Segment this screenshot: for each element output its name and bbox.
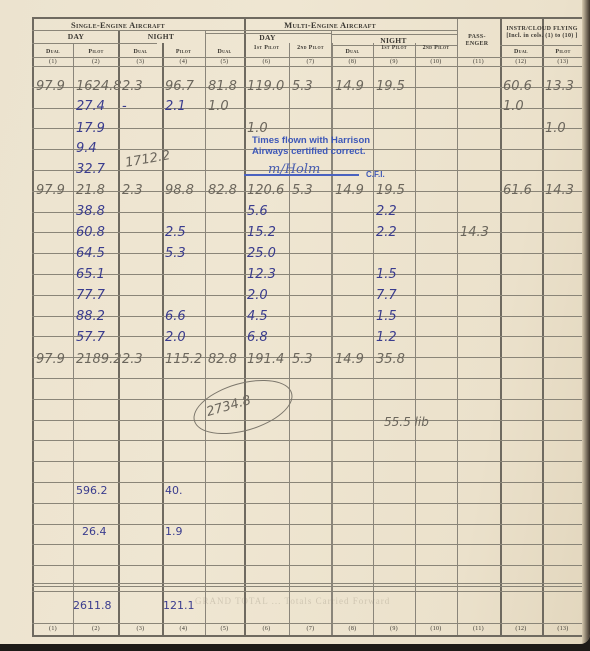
log-entry-cell: 1.5 (376, 268, 397, 281)
footer-column-number: (9) (373, 626, 415, 632)
column-label: 1st Pilot (373, 45, 415, 51)
log-entry-cell: 1.0 (247, 122, 268, 135)
log-entry-cell: 2.2 (376, 205, 397, 218)
entry-596: 596.2 (76, 485, 108, 496)
row-line (32, 253, 585, 254)
column-label: Pilot (162, 49, 205, 55)
row-line (32, 565, 585, 566)
log-entry-cell: 4.5 (247, 310, 268, 323)
entry-26: 26.4 (82, 526, 107, 537)
row-line (32, 586, 585, 587)
log-entry-cell: 2.3 (122, 353, 143, 366)
border-top (32, 17, 585, 19)
log-entry-cell: 2.0 (165, 331, 186, 344)
column-number: (11) (457, 59, 500, 65)
footer-column-number: (5) (205, 626, 244, 632)
stamp-line-2: Airways certified correct. (252, 147, 370, 158)
header-me-day: DAY (205, 34, 330, 42)
se-day-night-divider (118, 30, 120, 636)
log-entry-cell: 60.6 (503, 80, 532, 93)
log-entry-cell: 120.6 (247, 184, 284, 197)
log-entry-cell: 1.5 (376, 310, 397, 323)
log-entry-cell: 38.8 (76, 205, 105, 218)
row-line (32, 128, 585, 129)
log-entry-cell: 191.4 (247, 353, 284, 366)
log-entry-cell: 17.9 (76, 122, 105, 135)
log-entry-cell: 5.6 (247, 205, 268, 218)
header-instr-cloud: INSTR/CLOUD FLYING [Incl. in cols. (1) t… (500, 26, 584, 39)
footer-column-number: (11) (457, 626, 500, 632)
footer-column-number: (1) (33, 626, 73, 632)
column-number: (9) (373, 59, 415, 65)
column-divider (73, 43, 74, 636)
footer-total-col4: 121.1 (163, 600, 195, 611)
column-label: Dual (332, 49, 373, 55)
row-line (32, 336, 585, 337)
log-entry-cell: 35.8 (376, 353, 405, 366)
footer-column-number: (10) (415, 626, 457, 632)
header-se-day: DAY (33, 33, 119, 41)
faint-footer-text: GRAND TOTAL ... Totals Carried Forward (195, 596, 390, 606)
row-line (32, 440, 585, 441)
footer-column-number: (3) (119, 626, 162, 632)
log-entry-cell: 1.2 (376, 331, 397, 344)
row-line (32, 295, 585, 296)
log-entry-cell: - (122, 100, 127, 113)
log-entry-cell: 97.9 (36, 80, 65, 93)
column-divider (332, 43, 333, 636)
log-entry-cell: 65.1 (76, 268, 105, 281)
row-line (32, 212, 585, 213)
stamp-signature-line (244, 174, 359, 176)
log-entry-cell: 14.9 (335, 80, 364, 93)
column-divider (289, 43, 290, 636)
me-day-night-divider (331, 31, 332, 636)
log-entry-cell: 9.4 (76, 142, 97, 155)
entry-40: 40. (165, 485, 183, 496)
footer-column-number: (6) (244, 626, 289, 632)
log-entry-cell: 14.3 (545, 184, 574, 197)
footer-column-number: (12) (500, 626, 542, 632)
column-number: (13) (542, 59, 584, 65)
column-number: (8) (332, 59, 373, 65)
me-night-top-line (331, 34, 457, 35)
header-me-night: NIGHT (332, 37, 455, 45)
row-line (32, 316, 585, 317)
column-label: Dual (205, 49, 244, 55)
column-label: Dual (119, 49, 162, 55)
log-entry-cell: 2.3 (122, 80, 143, 93)
log-entry-cell: 14.9 (335, 184, 364, 197)
log-entry-cell: 2.2 (376, 226, 397, 239)
column-number: (2) (73, 59, 119, 65)
log-entry-cell: 88.2 (76, 310, 105, 323)
log-entry-cell: 97.9 (36, 184, 65, 197)
page-edge (582, 0, 590, 644)
header-group-line (32, 30, 457, 31)
log-entry-cell: 60.8 (76, 226, 105, 239)
log-entry-cell: 96.7 (165, 80, 194, 93)
column-divider (162, 43, 164, 636)
row-line (32, 544, 585, 545)
column-label: Dual (500, 49, 542, 55)
log-entry-cell: 6.8 (247, 331, 268, 344)
log-entry-cell: 5.3 (292, 80, 313, 93)
row-line (32, 399, 585, 400)
log-entry-cell: 82.8 (208, 353, 237, 366)
log-entry-cell: 77.7 (76, 289, 105, 302)
certification-stamp: Times flown with Harrison Airways certif… (252, 136, 370, 158)
column-divider (415, 43, 416, 636)
log-entry-cell: 15.2 (247, 226, 276, 239)
footer-column-number: (7) (289, 626, 332, 632)
log-entry-cell: 61.6 (503, 184, 532, 197)
log-entry-cell: 115.2 (165, 353, 202, 366)
log-entry-cell: 97.9 (36, 353, 65, 366)
column-number: (7) (289, 59, 332, 65)
footer-column-number: (4) (162, 626, 205, 632)
log-entry-cell: 2.1 (165, 100, 186, 113)
log-entry-cell: 2.3 (122, 184, 143, 197)
column-divider (373, 43, 374, 636)
log-entry-cell: 14.9 (335, 353, 364, 366)
log-entry-cell: 21.8 (76, 184, 105, 197)
log-entry-cell: 98.8 (165, 184, 194, 197)
total-line (32, 591, 585, 592)
header-multi-engine: Multi-Engine Aircraft (205, 21, 455, 30)
footer-total-col2: 2611.8 (73, 600, 112, 611)
log-entry-cell: 1.0 (545, 122, 566, 135)
row-line (32, 524, 585, 525)
header-single-engine: Single-Engine Aircraft (33, 21, 203, 30)
log-entry-cell: 57.7 (76, 331, 105, 344)
header-passenger: PASS-ENGER (458, 34, 496, 47)
log-entry-cell: 64.5 (76, 247, 105, 260)
column-number: (3) (119, 59, 162, 65)
column-label: 2nd Pilot (289, 45, 332, 51)
logbook-page: Single-Engine Aircraft Multi-Engine Airc… (0, 0, 590, 644)
log-entry-cell: 5.3 (165, 247, 186, 260)
log-entry-cell: 19.5 (376, 184, 405, 197)
col-num-line (32, 66, 585, 67)
log-entry-cell: 119.0 (247, 80, 284, 93)
column-number: (12) (500, 59, 542, 65)
column-number: (10) (415, 59, 457, 65)
border-bottom (32, 635, 585, 637)
column-label: Dual (33, 49, 73, 55)
log-entry-cell: 25.0 (247, 247, 276, 260)
row-line (32, 420, 585, 421)
row-line (32, 583, 585, 584)
subgroup-line (32, 43, 157, 44)
footer-column-number: (2) (73, 626, 119, 632)
column-number: (4) (162, 59, 205, 65)
column-label: 2nd Pilot (415, 45, 457, 51)
row-line (32, 461, 585, 462)
row-line (32, 503, 585, 504)
log-entry-cell: 1624.8 (76, 80, 122, 93)
footer-column-number: (8) (332, 626, 373, 632)
log-entry-cell: 81.8 (208, 80, 237, 93)
row-line (32, 274, 585, 275)
footer-line (32, 623, 585, 624)
log-entry-cell: 14.3 (460, 226, 489, 239)
log-entry-cell: 82.8 (208, 184, 237, 197)
log-entry-cell: 1.0 (208, 100, 229, 113)
log-entry-cell: 12.3 (247, 268, 276, 281)
log-entry-cell: 5.3 (292, 353, 313, 366)
instr-line (500, 45, 584, 46)
column-divider (205, 30, 206, 636)
log-entry-cell: 13.3 (545, 80, 574, 93)
log-entry-cell: 19.5 (376, 80, 405, 93)
row-line (32, 378, 585, 379)
column-number: (6) (244, 59, 289, 65)
log-entry-cell: 2.0 (247, 289, 268, 302)
column-number: (5) (205, 59, 244, 65)
note-col9: 55.5 lib (384, 416, 429, 428)
log-entry-cell: 1.0 (503, 100, 524, 113)
log-entry-cell: 2189.2 (76, 353, 122, 366)
row-line (32, 482, 585, 483)
header-se-night: NIGHT (119, 33, 203, 41)
stamp-cfi: C.F.I. (366, 170, 385, 179)
column-label: 1st Pilot (244, 45, 289, 51)
footer-column-number: (13) (542, 626, 584, 632)
log-entry-cell: 6.6 (165, 310, 186, 323)
log-entry-cell: 32.7 (76, 163, 105, 176)
log-entry-cell: 7.7 (376, 289, 397, 302)
col-label-line (32, 57, 585, 58)
row-line (32, 232, 585, 233)
log-entry-cell: 2.5 (165, 226, 186, 239)
entry-19: 1.9 (165, 526, 183, 537)
column-number: (1) (33, 59, 73, 65)
column-label: Pilot (542, 49, 584, 55)
column-label: Pilot (73, 49, 119, 55)
log-entry-cell: 27.4 (76, 100, 105, 113)
log-entry-cell: 5.3 (292, 184, 313, 197)
